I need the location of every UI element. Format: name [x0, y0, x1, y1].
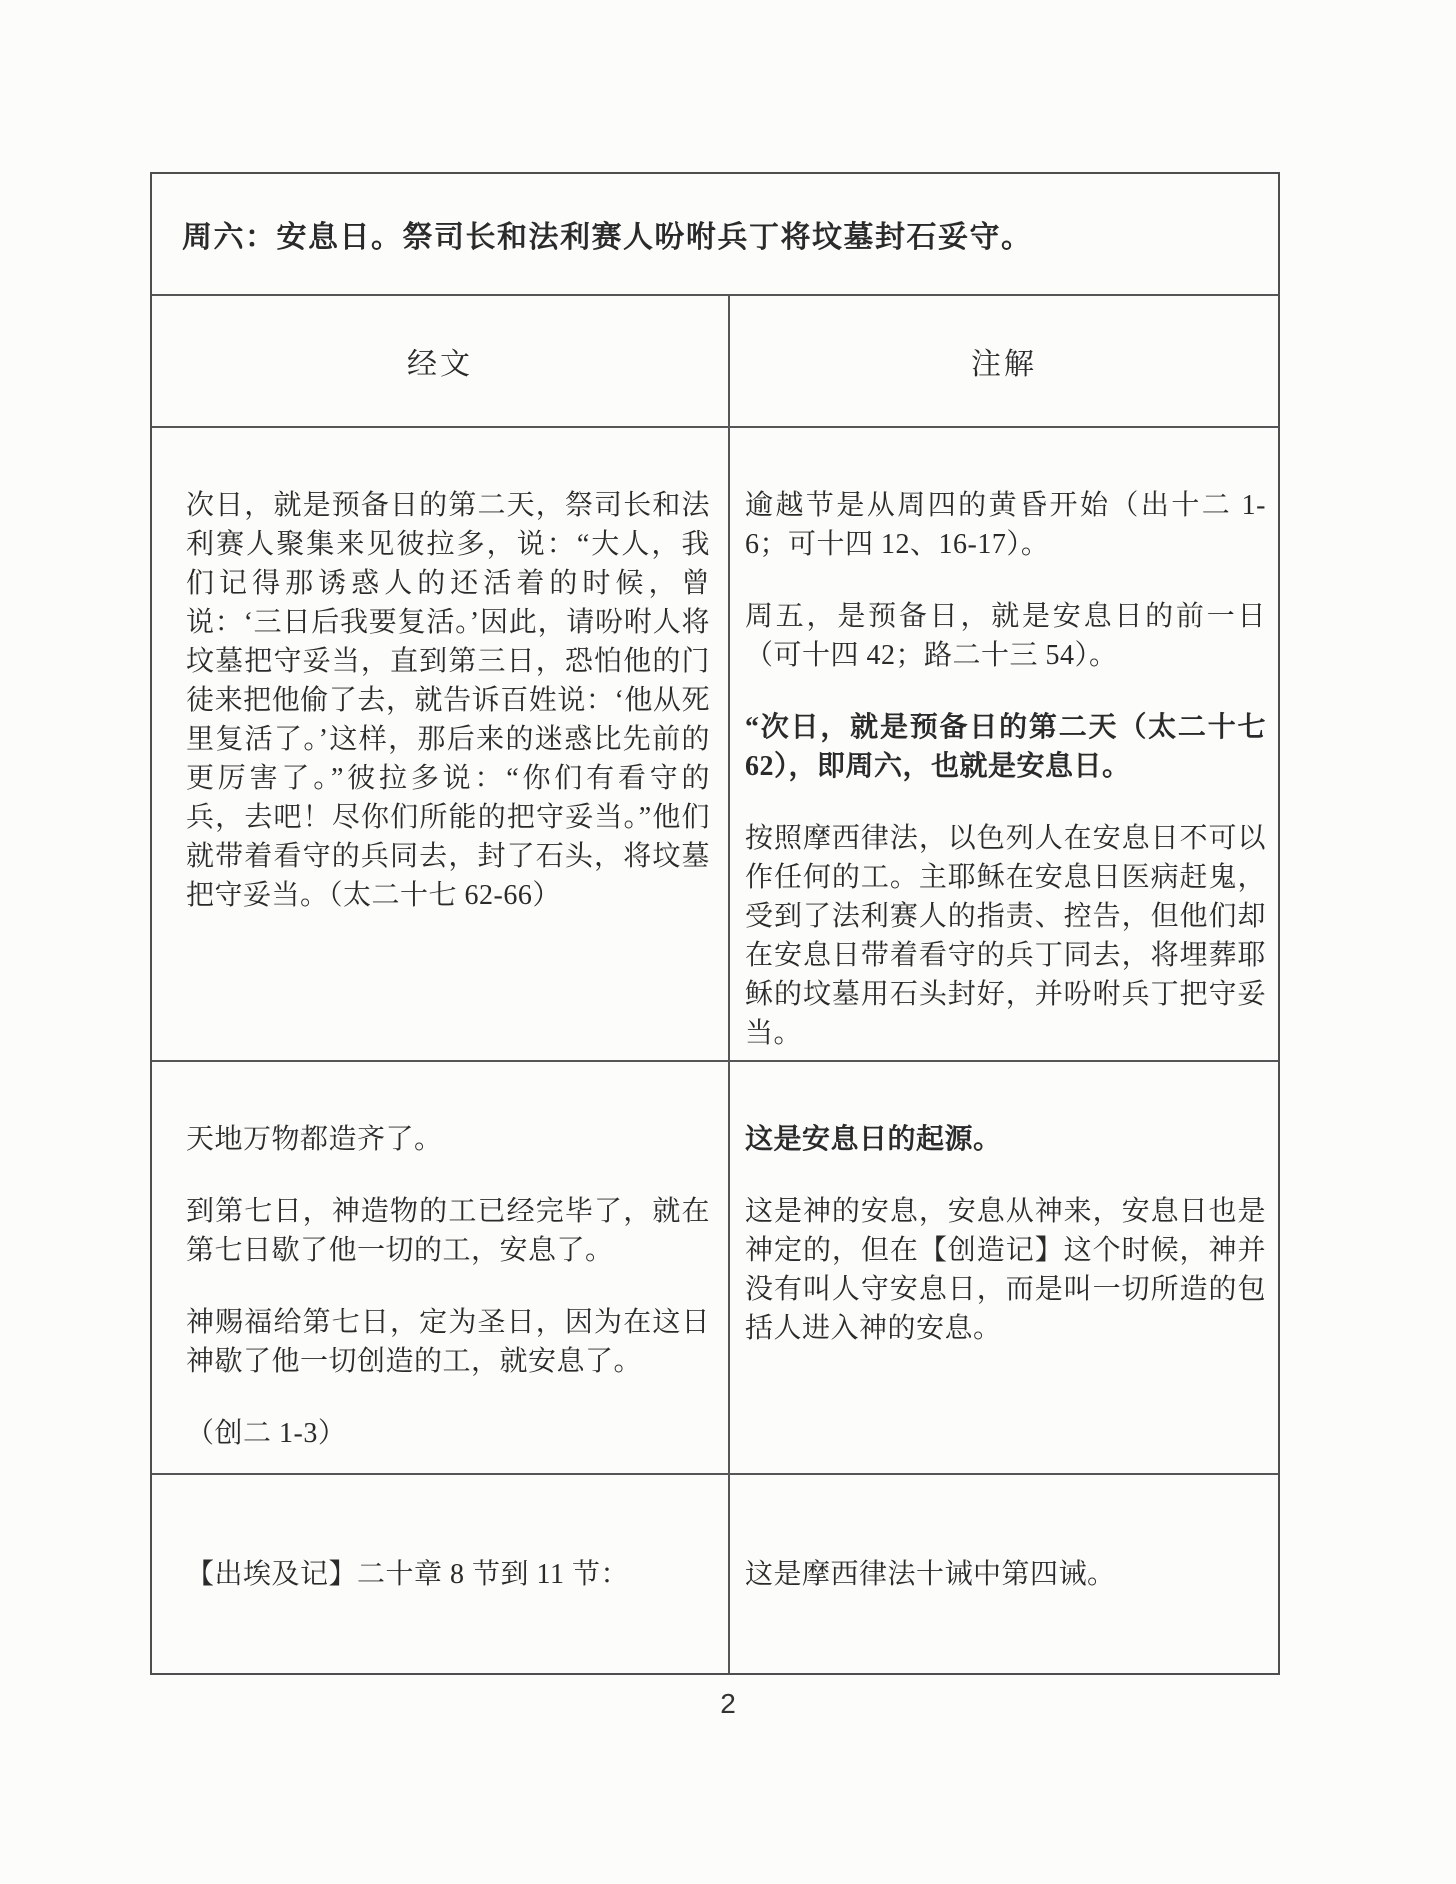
- scripture-paragraph: 次日，就是预备日的第二天，祭司长和法利赛人聚集来见彼拉多，说：“大人，我们记得那…: [186, 486, 710, 915]
- scripture-paragraph: 到第七日，神造物的工已经完毕了，就在第七日歇了他一切的工，安息了。: [186, 1192, 710, 1270]
- commentary-paragraph: 逾越节是从周四的黄昏开始（出十二 1-6；可十四 12、16-17）。: [745, 486, 1266, 564]
- scripture-paragraph: 天地万物都造齐了。: [186, 1120, 710, 1159]
- scripture-paragraph: 【出埃及记】二十章 8 节到 11 节：: [186, 1555, 710, 1594]
- scripture-cell: 次日，就是预备日的第二天，祭司长和法利赛人聚集来见彼拉多，说：“大人，我们记得那…: [152, 428, 730, 1060]
- commentary-cell: 这是摩西律法十诫中第四诫。: [730, 1475, 1278, 1673]
- scanned-document-page: 周六：安息日。祭司长和法利赛人吩咐兵丁将坟墓封石妥守。 经文 注解 次日，就是预…: [0, 0, 1456, 1884]
- scripture-cell: 【出埃及记】二十章 8 节到 11 节：: [152, 1475, 730, 1673]
- commentary-cell: 这是安息日的起源。 这是神的安息，安息从神来，安息日也是神定的，但在【创造记】这…: [730, 1062, 1278, 1473]
- commentary-cell: 逾越节是从周四的黄昏开始（出十二 1-6；可十四 12、16-17）。 周五，是…: [730, 428, 1278, 1060]
- table-row: 次日，就是预备日的第二天，祭司长和法利赛人聚集来见彼拉多，说：“大人，我们记得那…: [152, 428, 1278, 1062]
- column-header-scripture-label: 经文: [407, 339, 473, 383]
- page-number: 2: [0, 1688, 1456, 1720]
- commentary-paragraph: 这是神的安息，安息从神来，安息日也是神定的，但在【创造记】这个时候，神并没有叫人…: [745, 1192, 1266, 1348]
- commentary-paragraph: 这是摩西律法十诫中第四诫。: [745, 1555, 1266, 1594]
- commentary-paragraph: 这是安息日的起源。: [745, 1120, 1266, 1159]
- scripture-paragraph: 神赐福给第七日，定为圣日，因为在这日神歇了他一切创造的工，就安息了。: [186, 1303, 710, 1381]
- section-header-band: 周六：安息日。祭司长和法利赛人吩咐兵丁将坟墓封石妥守。: [152, 174, 1278, 296]
- scripture-paragraph: （创二 1-3）: [186, 1414, 710, 1453]
- table-row: 【出埃及记】二十章 8 节到 11 节： 这是摩西律法十诫中第四诫。: [152, 1475, 1278, 1673]
- commentary-paragraph: 周五，是预备日，就是安息日的前一日（可十四 42；路二十三 54）。: [745, 597, 1266, 675]
- study-table: 周六：安息日。祭司长和法利赛人吩咐兵丁将坟墓封石妥守。 经文 注解 次日，就是预…: [150, 172, 1280, 1675]
- column-header-row: 经文 注解: [152, 296, 1278, 428]
- commentary-paragraph: 按照摩西律法，以色列人在安息日不可以作任何的工。主耶稣在安息日医病赶鬼，受到了法…: [745, 819, 1266, 1053]
- commentary-paragraph: “次日，就是预备日的第二天（太二十七 62），即周六，也就是安息日。: [745, 708, 1266, 786]
- column-header-commentary-label: 注解: [971, 339, 1037, 383]
- scripture-cell: 天地万物都造齐了。 到第七日，神造物的工已经完毕了，就在第七日歇了他一切的工，安…: [152, 1062, 730, 1473]
- column-header-scripture: 经文: [152, 296, 730, 426]
- section-header-text: 周六：安息日。祭司长和法利赛人吩咐兵丁将坟墓封石妥守。: [182, 212, 1033, 256]
- table-row: 天地万物都造齐了。 到第七日，神造物的工已经完毕了，就在第七日歇了他一切的工，安…: [152, 1062, 1278, 1475]
- column-header-commentary: 注解: [730, 296, 1278, 426]
